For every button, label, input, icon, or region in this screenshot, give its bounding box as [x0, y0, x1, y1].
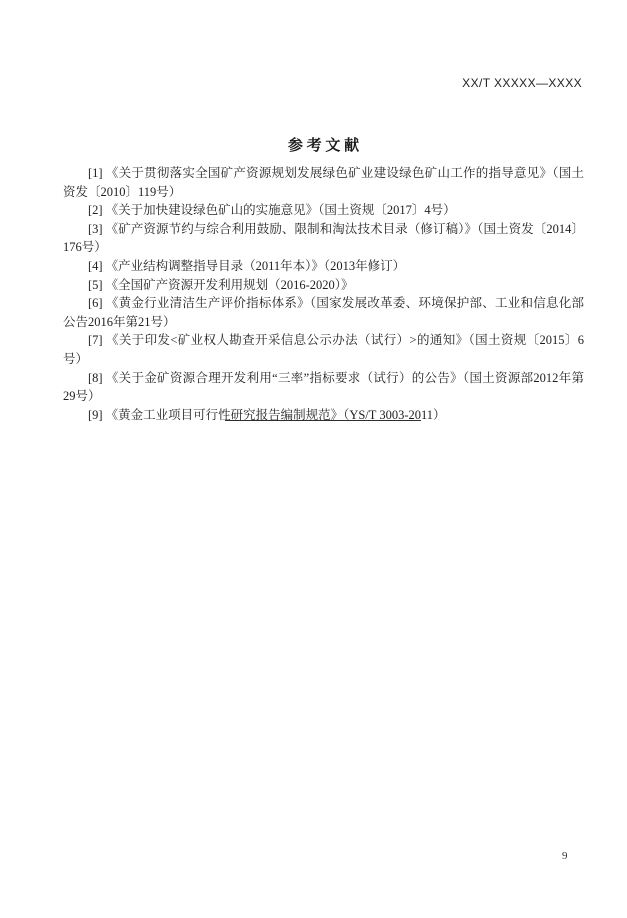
reference-label: [8]	[88, 371, 103, 385]
reference-label: [7]	[88, 333, 103, 347]
reference-label: [9]	[88, 408, 103, 422]
page-number: 9	[562, 850, 568, 862]
references-list: [1]《关于贯彻落实全国矿产资源规划发展绿色矿业建设绿色矿山工作的指导意见》（国…	[63, 164, 584, 424]
reference-item: [4]《产业结构调整指导目录（2011年本）》（2013年修订）	[63, 257, 584, 276]
reference-text: 《关于加快建设绿色矿山的实施意见》（国土资规〔2017〕4号）	[106, 203, 456, 217]
reference-item: [3]《矿产资源节约与综合利用鼓励、限制和淘汰技术目录（修订稿）》（国土资发〔2…	[63, 220, 584, 257]
reference-label: [5]	[88, 278, 103, 292]
reference-label: [1]	[88, 166, 103, 180]
reference-item: [9]《黄金工业项目可行性研究报告编制规范》（YS/T 3003-2011）	[63, 406, 584, 425]
document-page: XX/T XXXXX—XXXX 参 考 文 献 [1]《关于贯彻落实全国矿产资源…	[0, 0, 627, 918]
reference-text: 《关于印发<矿业权人勘查开采信息公示办法（试行）>的通知》（国土资规〔2015〕…	[63, 333, 584, 366]
reference-label: [4]	[88, 259, 103, 273]
reference-item: [5]《全国矿产资源开发利用规划（2016-2020）》	[63, 276, 584, 295]
reference-item: [2]《关于加快建设绿色矿山的实施意见》（国土资规〔2017〕4号）	[63, 201, 584, 220]
reference-text: 《关于贯彻落实全国矿产资源规划发展绿色矿业建设绿色矿山工作的指导意见》（国土资发…	[63, 166, 584, 199]
reference-text: 《全国矿产资源开发利用规划（2016-2020）》	[106, 278, 354, 292]
reference-label: [3]	[88, 222, 103, 236]
reference-text: 《产业结构调整指导目录（2011年本）》（2013年修订）	[106, 259, 406, 273]
reference-item: [6]《黄金行业清洁生产评价指标体系》（国家发展改革委、环境保护部、工业和信息化…	[63, 294, 584, 331]
reference-label: [6]	[88, 296, 103, 310]
reference-text: 《矿产资源节约与综合利用鼓励、限制和淘汰技术目录（修订稿）》（国土资发〔2014…	[63, 222, 584, 255]
reference-text: 《关于金矿资源合理开发利用“三率”指标要求（试行）的公告》（国土资源部2012年…	[63, 371, 584, 404]
standard-code-header: XX/T XXXXX—XXXX	[462, 76, 582, 90]
reference-text: 《黄金行业清洁生产评价指标体系》（国家发展改革委、环境保护部、工业和信息化部公告…	[63, 296, 584, 329]
reference-item: [8]《关于金矿资源合理开发利用“三率”指标要求（试行）的公告》（国土资源部20…	[63, 369, 584, 406]
references-title: 参 考 文 献	[63, 136, 584, 156]
footnote-divider	[225, 420, 421, 421]
reference-item: [1]《关于贯彻落实全国矿产资源规划发展绿色矿业建设绿色矿山工作的指导意见》（国…	[63, 164, 584, 201]
reference-item: [7]《关于印发<矿业权人勘查开采信息公示办法（试行）>的通知》（国土资规〔20…	[63, 331, 584, 368]
reference-label: [2]	[88, 203, 103, 217]
